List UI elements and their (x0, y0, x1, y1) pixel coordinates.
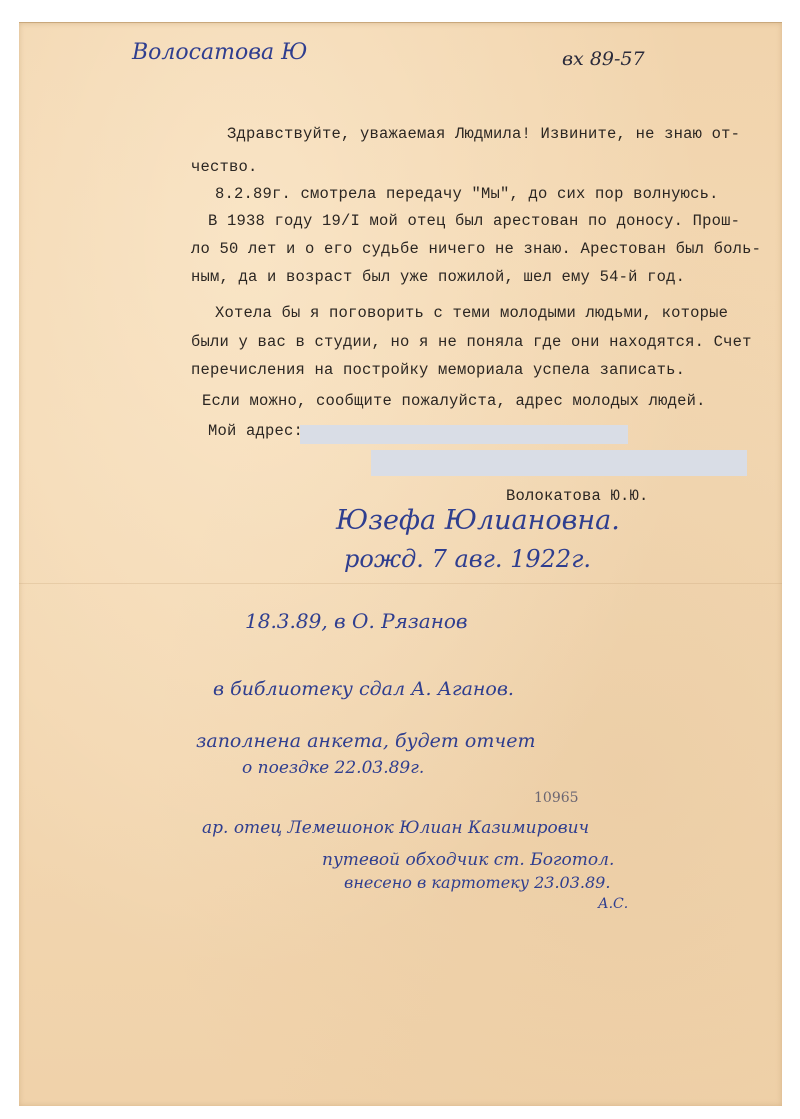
letter-line: В 1938 году 19/I мой отец был арестован … (208, 212, 740, 230)
handwritten-name-header: Волосатова Ю (132, 40, 307, 65)
handwritten-birth-date: рожд. 7 авг. 1922г. (344, 545, 591, 573)
letter-line: Если можно, сообщите пожалуйста, адрес м… (202, 392, 706, 410)
letter-line: перечисления на постройку мемориала успе… (191, 361, 685, 379)
letter-line: ло 50 лет и о его судьбе ничего не знаю.… (191, 240, 761, 258)
handwritten-note-questionnaire: заполнена анкета, будет отчет (196, 730, 535, 752)
handwritten-note-library: в библиотеку сдал А. Аганов. (213, 678, 514, 700)
typed-signature: Волокатова Ю.Ю. (506, 487, 649, 505)
archive-number: 10965 (534, 790, 579, 806)
redacted-address-line-2 (371, 450, 747, 476)
handwritten-full-name: Юзефа Юлиановна. (336, 505, 620, 536)
handwritten-initials: А.С. (598, 896, 628, 912)
handwritten-note-trip: о поездке 22.03.89г. (242, 758, 424, 778)
handwritten-note-occupation: путевой обходчик ст. Боготол. (322, 850, 614, 870)
letter-line: были у вас в студии, но я не поняла где … (191, 333, 752, 351)
redacted-address-line-1 (300, 425, 628, 444)
handwritten-note-card-index: внесено в картотеку 23.03.89. (344, 873, 610, 892)
letter-line: Здравствуйте, уважаемая Людмила! Извинит… (227, 125, 740, 143)
letter-line: ным, да и возраст был уже пожилой, шел е… (191, 268, 685, 286)
handwritten-note-father: ар. отец Лемешонок Юлиан Казимирович (202, 818, 589, 838)
letter-line: Хотела бы я поговорить с теми молодыми л… (215, 304, 728, 322)
letter-line: 8.2.89г. смотрела передачу "Мы", до сих … (215, 185, 719, 203)
letter-line: чество. (191, 158, 258, 176)
handwritten-note-date: 18.3.89, в О. Рязанов (245, 609, 468, 633)
address-label: Мой адрес: (208, 422, 303, 440)
paper-fold-line (19, 583, 782, 584)
registry-number: вх 89-57 (562, 48, 645, 70)
